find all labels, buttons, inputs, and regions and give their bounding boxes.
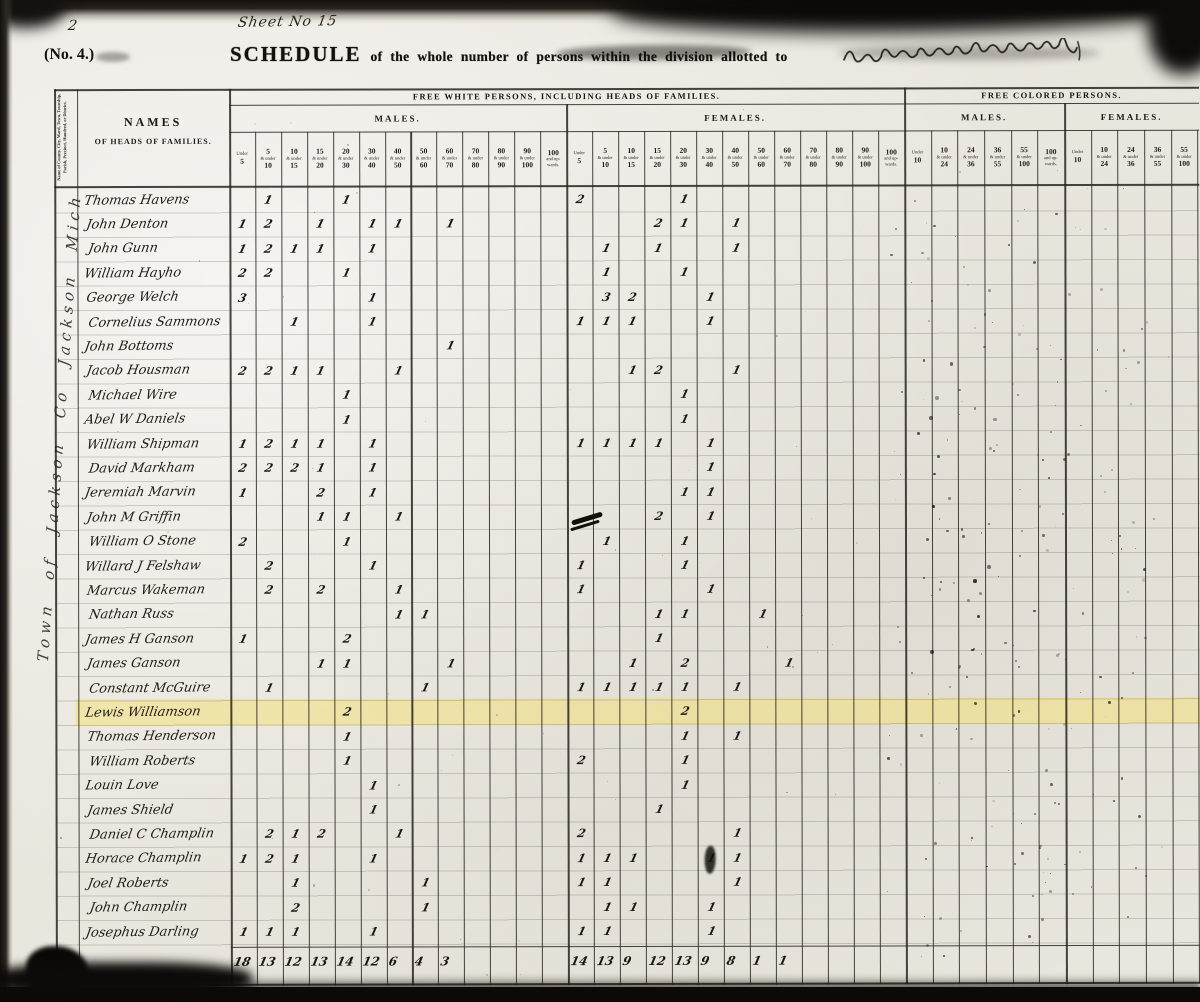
head-of-family-name: Daniel C Champlin: [88, 826, 215, 843]
head-of-family-name: John Denton: [85, 216, 169, 232]
age-label-line: 60: [446, 148, 454, 156]
free_colored-age-column-header: 100and up-wards.: [1037, 130, 1064, 184]
free_colored-age-column-header: 36& under55: [984, 130, 1011, 184]
age-label-line: 36: [994, 146, 1002, 154]
age-label-line: 50: [394, 162, 402, 170]
age-label-line: wards.: [547, 163, 559, 168]
age-label-line: 40: [368, 162, 376, 170]
head-of-family-name: Marcus Wakeman: [86, 582, 206, 598]
age-label-line: 24: [940, 161, 948, 169]
schedule-title-rest: of the whole number of persons within th…: [371, 49, 788, 65]
allotted-to-handwriting: [842, 37, 1101, 72]
scan-artifact-top-edge: [0, 0, 1200, 24]
age-label-line: 15: [290, 162, 298, 170]
free_white-age-column-header: 90& under100: [852, 130, 878, 184]
age-label-line: 60: [783, 147, 791, 155]
age-label-line: 100: [1179, 160, 1190, 168]
column-total-white-female: 9: [621, 954, 632, 968]
colored-males-label: MALES.: [904, 103, 1064, 130]
column-total-white-male: 13: [258, 955, 278, 969]
free_white-age-column-header: 40& under50: [385, 131, 411, 185]
free_white-age-column-header: 5& under10: [592, 131, 618, 185]
head-of-family-name: Jeremiah Marvin: [84, 485, 197, 501]
head-of-family-name: James H Ganson: [84, 631, 195, 647]
head-of-family-name: Nathan Russ: [88, 607, 175, 623]
age-label-line: 60: [420, 162, 428, 170]
age-label-line: 70: [472, 148, 480, 156]
age-label-line: 15: [653, 147, 661, 155]
free_colored-age-column-header: 10& under24: [931, 130, 958, 184]
free_white-age-column-header: 30& under40: [359, 132, 385, 186]
age-label-line: 90: [524, 147, 532, 155]
age-label-line: 40: [705, 161, 713, 169]
free_white-age-column-header: 60& under70: [774, 131, 800, 185]
age-label-line: 30: [342, 162, 350, 170]
head-of-family-name: Horace Champlin: [84, 851, 202, 867]
head-of-family-name: William Roberts: [88, 753, 196, 769]
scan-artifact-top-left-corner: [0, 0, 66, 28]
head-of-family-name: Abel W Daniels: [83, 411, 186, 427]
age-label-line: 20: [679, 147, 687, 155]
free_white-age-column-header: 30& under40: [696, 131, 722, 185]
colored-females-label: FEMALES.: [1064, 103, 1199, 130]
free-colored-section-title: FREE COLORED PERSONS.: [904, 88, 1199, 104]
free_colored-age-column-header: 55& under100: [1171, 130, 1198, 184]
free_white-age-column-header: 5& under10: [255, 132, 281, 186]
column-total-white-female: 1: [751, 954, 762, 968]
names-header-line2: OF HEADS OF FAMILIES.: [77, 137, 229, 146]
census-scan-page: 2 Sheet No 15 (No. 4.) SCHEDULE of the w…: [0, 0, 1200, 1002]
column-total-white-male: 14: [336, 955, 356, 969]
column-total-white-male: 3: [439, 954, 450, 968]
age-label-line: 100: [1019, 160, 1030, 168]
age-label-line: 100: [548, 149, 559, 157]
age-label-line: 10: [1100, 146, 1108, 154]
head-of-family-name: William O Stone: [88, 533, 197, 549]
column-total-white-female: 8: [725, 954, 736, 968]
age-label-line: 60: [757, 161, 765, 169]
head-of-family-name: Michael Wire: [87, 387, 178, 403]
age-label-line: 80: [472, 162, 480, 170]
free_white-age-column-header: 60& under70: [437, 131, 463, 185]
free_white-age-column-header: 50& under60: [411, 131, 437, 185]
handwritten-sheet-number: Sheet No 15: [237, 13, 339, 31]
census-table: Name of County, City, Ward, Town, Townsh…: [54, 87, 1200, 986]
column-total-white-female: 14: [569, 954, 589, 968]
age-label-line: 5: [577, 157, 581, 165]
head-of-family-name: James Shield: [86, 802, 174, 818]
age-label-line: 55: [1020, 146, 1028, 154]
ink-smear-after-form-number: [96, 52, 130, 62]
age-label-line: 90: [498, 162, 506, 170]
age-label-line: 50: [731, 161, 739, 169]
age-label-line: 30: [679, 161, 687, 169]
free_white-age-column-header: 100and up-wards.: [878, 130, 904, 184]
age-label-line: 50: [420, 148, 428, 156]
free_colored-age-column-header: 55& under100: [1011, 130, 1038, 184]
head-of-family-name: Constant McGuire: [88, 680, 212, 697]
free_white-age-column-header: 90& under100: [514, 131, 540, 185]
scan-artifact-bottom-edge: [0, 987, 1200, 1002]
column-total-white-male: 6: [387, 954, 398, 968]
age-label-line: 55: [1154, 160, 1162, 168]
age-label-line: 20: [316, 162, 324, 170]
age-label-line: 24: [967, 146, 975, 154]
age-label-line: 15: [316, 148, 324, 156]
age-label-line: 55: [994, 161, 1002, 169]
grid-line-horizontal: [56, 982, 1200, 986]
column-total-white-male: 12: [362, 955, 382, 969]
age-label-line: 100: [886, 148, 897, 156]
head-of-family-name: James Ganson: [86, 656, 182, 672]
names-column-header: NAMES OF HEADS OF FAMILIES.: [77, 89, 229, 186]
form-number: (No. 4.): [44, 46, 94, 64]
free_white-age-column-header: 70& under80: [800, 131, 826, 185]
free_colored-age-column-header: 10& under24: [1091, 130, 1118, 184]
margin-column-header: Name of County, City, Ward, Town, Townsh…: [56, 91, 67, 183]
free_white-age-column-header: 15& under20: [644, 131, 670, 185]
column-total-white-male: 13: [310, 955, 330, 969]
scan-artifact-top-smear: [610, 0, 1200, 37]
names-header-line1: NAMES: [77, 115, 229, 130]
age-label-line: 24: [1100, 160, 1108, 168]
column-total-white-female: 9: [699, 954, 710, 968]
free_colored-age-column-header: 24& under36: [1117, 130, 1144, 184]
age-label-line: 10: [940, 147, 948, 155]
age-label-line: wards.: [885, 162, 897, 167]
age-label-line: 36: [1127, 160, 1135, 168]
age-label-line: 55: [1180, 146, 1188, 154]
age-label-line: 20: [342, 148, 350, 156]
head-of-family-name: Willard J Felshaw: [84, 558, 202, 574]
age-label-line: 30: [705, 147, 713, 155]
age-label-line: 30: [368, 148, 376, 156]
age-label-line: 80: [498, 147, 506, 155]
schedule-title-word: SCHEDULE: [230, 42, 362, 67]
age-label-line: 36: [967, 161, 975, 169]
free_colored-age-column-header: 36& under55: [1144, 130, 1171, 184]
column-total-white-female: 1: [777, 954, 788, 968]
age-label-line: wards.: [1045, 162, 1057, 167]
age-label-line: 40: [731, 147, 739, 155]
age-label-line: 70: [809, 147, 817, 155]
free_white-age-column-header: 15& under20: [307, 132, 333, 186]
white-females-label: FEMALES.: [566, 103, 904, 131]
age-label-line: 70: [446, 162, 454, 170]
handwritten-page-number: 2: [67, 18, 78, 34]
free_white-age-column-header: 70& under80: [462, 131, 488, 185]
head-of-family-name: Thomas Havens: [83, 192, 191, 208]
free_colored-age-column-header: 24& under36: [957, 130, 984, 184]
head-of-family-name: John M Griffin: [86, 509, 182, 525]
column-total-white-female: 12: [647, 954, 667, 968]
head-of-family-name: William Shipman: [85, 436, 200, 452]
head-of-family-name: William Hayho: [83, 265, 182, 281]
free_colored-age-column-header: Under10: [1064, 130, 1091, 184]
age-label-line: 24: [1127, 146, 1135, 154]
column-total-white-male: 12: [284, 955, 304, 969]
age-label-line: 10: [627, 147, 635, 155]
free_white-age-column-header: 80& under90: [826, 131, 852, 185]
age-label-line: 70: [783, 161, 791, 169]
free_white-age-column-header: 10& under15: [281, 132, 307, 186]
age-label-line: 100: [1045, 148, 1056, 156]
head-of-family-name: John Gunn: [87, 241, 159, 257]
age-label-line: 36: [1154, 146, 1162, 154]
age-label-line: 10: [601, 161, 609, 169]
age-label-line: 10: [914, 156, 922, 164]
age-label-line: 90: [835, 161, 843, 169]
head-of-family-name: Cornelius Sammons: [87, 314, 221, 331]
free_white-age-column-header: Under5: [229, 132, 255, 186]
age-label-line: 10: [290, 148, 298, 156]
free_white-age-column-header: Under5: [566, 131, 592, 185]
head-of-family-name: Lewis Williamson: [84, 704, 202, 720]
age-label-line: 5: [266, 148, 270, 156]
free_white-age-column-header: 50& under60: [748, 131, 774, 185]
age-label-line: 80: [809, 161, 817, 169]
free_white-age-column-header: 20& under30: [333, 132, 359, 186]
age-label-line: 90: [861, 147, 869, 155]
age-label-line: 80: [835, 147, 843, 155]
age-label-line: 100: [860, 161, 871, 169]
age-label-line: 15: [627, 161, 635, 169]
head-of-family-name: Jacob Housman: [85, 363, 191, 379]
column-total-white-male: 18: [232, 955, 252, 969]
head-of-family-name: George Welch: [85, 290, 180, 306]
free_white-age-column-header: 100and up-wards.: [540, 131, 566, 185]
age-label-line: 50: [757, 147, 765, 155]
head-of-family-name: John Champlin: [88, 900, 188, 916]
head-of-family-name: John Bottoms: [83, 338, 174, 354]
age-label-line: 40: [394, 148, 402, 156]
free_colored-age-column-header: Under10: [904, 130, 931, 184]
column-total-white-female: 13: [673, 954, 693, 968]
head-of-family-name: Joel Roberts: [86, 875, 169, 891]
free_white-age-column-header: 10& under15: [618, 131, 644, 185]
head-of-family-name: David Markham: [88, 460, 196, 476]
free_white-age-column-header: 40& under50: [722, 131, 748, 185]
schedule-title: SCHEDULE of the whole number of persons …: [230, 42, 788, 67]
age-label-line: 5: [603, 147, 607, 155]
white-males-label: MALES.: [229, 104, 566, 132]
head-of-family-name: Josephus Darling: [84, 924, 199, 940]
age-label-line: 5: [240, 158, 244, 166]
age-label-line: 100: [522, 161, 533, 169]
age-label-line: 10: [264, 162, 272, 170]
scan-artifact-left-edge: [0, 0, 13, 1002]
age-label-line: 10: [1074, 156, 1082, 164]
head-of-family-name: Thomas Henderson: [86, 728, 217, 745]
highlight-overlay: [75, 697, 1200, 726]
free_white-age-column-header: 20& under30: [670, 131, 696, 185]
column-total-white-male: 4: [413, 954, 424, 968]
age-label-line: 20: [653, 161, 661, 169]
free-white-section-title: FREE WHITE PERSONS, INCLUDING HEADS OF F…: [229, 88, 904, 104]
scan-artifact-top-right-corner: [1148, 0, 1200, 74]
column-total-white-female: 13: [595, 954, 615, 968]
head-of-family-name: Louin Love: [84, 778, 160, 794]
free_white-age-column-header: 80& under90: [488, 131, 514, 185]
